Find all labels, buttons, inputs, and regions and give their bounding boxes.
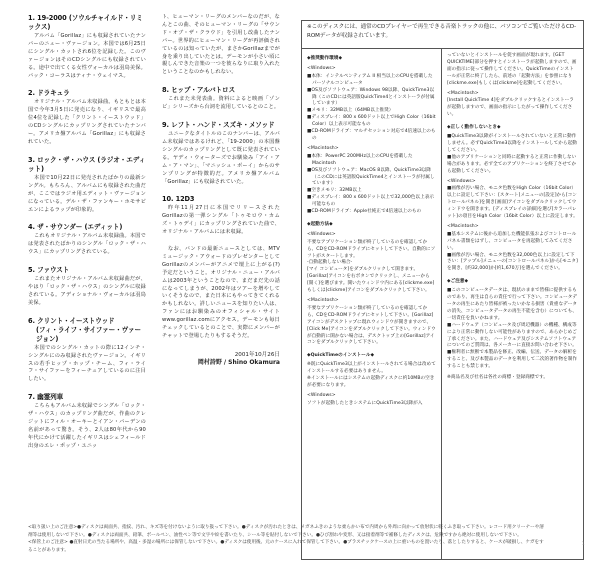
- track-note-7-continued: ト、ヒューマン・リーグのメンバーなのだが、なんとこの曲、そのヒューマン・リーグの…: [162, 14, 280, 77]
- track-description: これまたオリジナル・アルバム未収録曲だが、やはり「ロック・ザ・ハウス」のシングル…: [28, 276, 146, 308]
- requirement-item: ■本体：インテルペンティアム II 相当以上のCPUを搭載したパーソナルコンピュ…: [307, 74, 436, 88]
- track-note-7: 7. 幽霊列車 こちらもアルバム未収録でシングル「ロック・ザ・ハウス」のカップリ…: [28, 393, 146, 450]
- section-title-launch: ◆起動方法◆: [307, 222, 436, 229]
- section-title-quicktime: ◆QuickTimeのインストール◆: [307, 353, 436, 360]
- track-description: オリジナル・アルバム未収録曲。もともとは本国で今年3月5日に発売になり、イギリス…: [28, 99, 146, 146]
- band-news: なお、バンドの最新ニュースとしては、MTVミュージック・アウォードのプレゼンター…: [162, 246, 280, 341]
- track-title-main: 6. クリント・イーストウッド: [28, 317, 115, 325]
- track-description: 本国で10月22日に発売されたばかりの最新シングル。もちろん、アルバムにも収録さ…: [28, 175, 146, 215]
- requirement-item: ■本体：PowerPC 200MHz以上のCPUを搭載したMacintosh: [307, 154, 436, 168]
- cd-rom-info-right-column: っていないとインストールを促す画面が現れます。[GET QUICKTIME]部分…: [442, 49, 583, 559]
- track-description-continued: ト、ヒューマン・リーグのメンバーなのだが、なんとこの曲、そのヒューマン・リーグの…: [162, 14, 280, 77]
- os-label-windows: <Windows>: [447, 179, 578, 186]
- os-label-macintosh: <Macintosh>: [307, 146, 436, 153]
- quicktime-instructions-windows: ソフトが起動したときシステムにQuickTime3以降が入: [307, 401, 436, 408]
- caution-item: ■このコンピュータデータは、現状のままで皆様に提供するものであり、再生は自らの責…: [447, 288, 578, 323]
- os-label-macintosh: <Macintosh>: [447, 91, 578, 98]
- launch-instructions-windows-manual: [マイ コンピュータ]をダブルクリックして開きます。[Gorillaz]アイコン…: [307, 267, 436, 295]
- quicktime-instructions-mac: [Install QuickTime 4]をダブルクリックするとインストーラが起…: [447, 98, 578, 119]
- cd-rom-info-box: ※このディスクには、通常のCDプレイヤーで再生できる音楽トラックの他に、パソコン…: [301, 20, 584, 560]
- track-description: 昨年11月27日に本国でリリースされたGorillazの第一弾シングル「トゥモロ…: [162, 205, 280, 237]
- footer-line: <取り扱い上のご注意>●ディスクは両面共、指紋、汚れ、キズ等を付けないように取り…: [28, 524, 588, 532]
- os-label-windows: <Windows>: [307, 232, 436, 239]
- track-note-10: 10. 12D3 昨年11月27日に本国でリリースされたGorillazの第一弾…: [162, 195, 280, 237]
- requirement-item: ■CD-ROMドライブ：マルチセッション対応で4倍速以上のもの: [307, 129, 436, 143]
- track-notes-column-1: 1. 19-2000 (ソウルチャイルド・リミックス) アルバム「Gorilla…: [28, 14, 146, 460]
- troubleshooting-item: ■他のアプリケーションと同時に起動すると正常に作動しない場合があります。必ず全て…: [447, 155, 578, 176]
- signature-author: 岡村詩野 / Shino Okamura: [162, 359, 280, 367]
- os-label-macintosh: <Macintosh>: [447, 224, 578, 231]
- section-title-caution: ◆ご注意◆: [447, 279, 578, 286]
- track-note-8: 8. ヒップ・アルバトロス これまた未発表曲。資料によると映画「ゾンビ」シリーズ…: [162, 86, 280, 112]
- track-note-1: 1. 19-2000 (ソウルチャイルド・リミックス) アルバム「Gorilla…: [28, 14, 146, 80]
- track-subtitle: (フィ・ライフ・サイファー・ヴァージョン): [28, 326, 146, 344]
- track-title: 10. 12D3: [162, 195, 280, 204]
- quicktime-note: ※既にQuickTime3以上がインストールされてる場合は改めてインストールする…: [307, 362, 436, 376]
- track-description: 本国でのシングル・カットの際に12インチ・シングルにのみ収録されたヴァージョン。…: [28, 345, 146, 385]
- launch-instructions-windows: 不要なアプリケーション類が終了しているのを確認してから、CDをCD-ROMドライ…: [307, 240, 436, 261]
- quicktime-note: ※インストールにはシステムの起動ディスクに約10MBの空きが必要になります。: [307, 376, 436, 390]
- requirement-item: ■CD-ROMドライブ：Apple社純正で4倍速以上のもの: [307, 209, 436, 216]
- track-title: 9. レフト・ハンド・スズキ・メソッド: [162, 121, 280, 130]
- cd-rom-info-header: ※このディスクには、通常のCDプレイヤーで再生できる音楽トラックの他に、パソコン…: [302, 21, 583, 49]
- requirement-item: ■OS及びソフトウェア：Windows 98以降、QuickTime3以降（この…: [307, 88, 436, 109]
- signature-date: 2001年10月26日: [162, 351, 280, 359]
- track-title: 4. ザ・サウンダー (エディット): [28, 223, 146, 232]
- track-note-2: 2. ドラキュラ オリジナル・アルバム未収録曲。もともとは本国で今年3月5日に発…: [28, 89, 146, 146]
- track-note-5: 5. ファウスト これまたオリジナル・アルバム未収録曲だが、やはり「ロック・ザ・…: [28, 266, 146, 308]
- os-label-macintosh: <Macintosh>: [307, 298, 436, 305]
- track-description: ユニークなタイトルのこのナンバーは、アルバム未収録ではあるけれど、「19-200…: [162, 131, 280, 186]
- track-title: 5. ファウスト: [28, 266, 146, 275]
- track-title: 3. ロック・ザ・ハウス (ラジオ・エディット): [28, 156, 146, 174]
- os-label-windows: <Windows>: [307, 66, 436, 73]
- footer-line: ることがあります。: [28, 547, 588, 555]
- news-paragraph: なお、バンドの最新ニュースとしては、MTVミュージック・アウォードのプレゼンター…: [162, 246, 280, 341]
- cd-rom-info-left-column: ◆推奨動作環境◆ <Windows> ■本体：インテルペンティアム II 相当以…: [302, 49, 442, 559]
- troubleshooting-item: ■QuickTime3以降がインストールされていないと正常に動作しません。必ずQ…: [447, 134, 578, 155]
- track-title: 8. ヒップ・アルバトロス: [162, 86, 280, 95]
- track-note-3: 3. ロック・ザ・ハウス (ラジオ・エディット) 本国で10月22日に発売された…: [28, 156, 146, 215]
- track-description: こちらもアルバム未収録でシングル「ロック・ザ・ハウス」のカップリング曲だが、作曲…: [28, 403, 146, 450]
- track-note-6: 6. クリント・イーストウッド(フィ・ライフ・サイファー・ヴァージョン) 本国で…: [28, 317, 146, 385]
- track-notes-column-2: ト、ヒューマン・リーグのメンバーなのだが、なんとこの曲、そのヒューマン・リーグの…: [162, 14, 280, 367]
- track-title: 2. ドラキュラ: [28, 89, 146, 98]
- section-title-troubleshooting: ◆正しく動作しないとき◆: [447, 125, 578, 132]
- os-label-windows: <Windows>: [307, 393, 436, 400]
- troubleshooting-item: ■基本システムに後から追加した機能拡張およびコントロールパネル書類をはずし、コン…: [447, 232, 578, 253]
- track-description: アルバム「Gorillaz」にも収録されていたナンバーのニュー・ヴァージョン。本…: [28, 33, 146, 80]
- requirement-item: ■ディスプレイ：800 x 600ドット以上で32,000色以上表示可能なもの: [307, 195, 436, 209]
- footer-line: 剤等は使用しないで下さい。●ディスクは両面共、鉛筆、ボールペン、油性ペン等で文字…: [28, 532, 588, 540]
- requirement-item: ■ディスプレイ：800 x 600ドット以上でHigh Color（16bit …: [307, 115, 436, 129]
- track-title: 1. 19-2000 (ソウルチャイルド・リミックス): [28, 14, 146, 32]
- track-description: これまた未発表曲。資料によると映画「ゾンビ」シリーズから台詞を流用しているとのこ…: [162, 96, 280, 112]
- caution-item: ■権利者に無断で本製品を修正、改編、伝送、データの解析をすること、及び本製品のデ…: [447, 350, 578, 371]
- launch-instructions-mac: 不要なアプリケーション類が終了しているのを確認してから、CDをCD-ROMドライ…: [307, 306, 436, 347]
- section-title-requirements: ◆推奨動作環境◆: [307, 56, 436, 63]
- troubleshooting-item: ■画像が汚い場合、モニタ色数をHigh Color（16bit Color）以上…: [447, 186, 578, 221]
- track-description: これもオリジナル・アルバム未収録曲。本国では発表されたばかりのシングル「ロック・…: [28, 233, 146, 257]
- disc-handling-notes: <取り扱い上のご注意>●ディスクは両面共、指紋、汚れ、キズ等を付けないように取り…: [28, 524, 588, 554]
- track-note-9: 9. レフト・ハンド・スズキ・メソッド ユニークなタイトルのこのナンバーは、アル…: [162, 121, 280, 186]
- track-title: 7. 幽霊列車: [28, 393, 146, 402]
- track-note-4: 4. ザ・サウンダー (エディット) これもオリジナル・アルバム未収録曲。本国で…: [28, 223, 146, 257]
- track-title: 6. クリント・イーストウッド(フィ・ライフ・サイファー・ヴァージョン): [28, 317, 146, 344]
- requirement-item: ■OS及びソフトウェア：MacOS 8以降、QuickTime3以降（このCDに…: [307, 168, 436, 189]
- caution-item: ■ハードウェア（コンピュータ及び周辺機器）の機種、構成等により正常に動作しない可…: [447, 323, 578, 351]
- trademark-note: ※商品名及び社名は各社の商標・登録商標です。: [447, 375, 578, 382]
- footer-line: <保管上のご注意> ●直射日光の当たる場所や、高温・多湿の場所には保管しないで下…: [28, 539, 588, 547]
- signature: 2001年10月26日 岡村詩野 / Shino Okamura: [162, 351, 280, 367]
- quicktime-instructions-windows-continued: っていないとインストールを促す画面が現れます。[GET QUICKTIME]部分…: [447, 53, 578, 88]
- page-mark: 1: [582, 541, 585, 546]
- troubleshooting-item: ■画像が汚い場合、モニタ色数を32,000色以上に設定して下さい：[アップル]メ…: [447, 253, 578, 274]
